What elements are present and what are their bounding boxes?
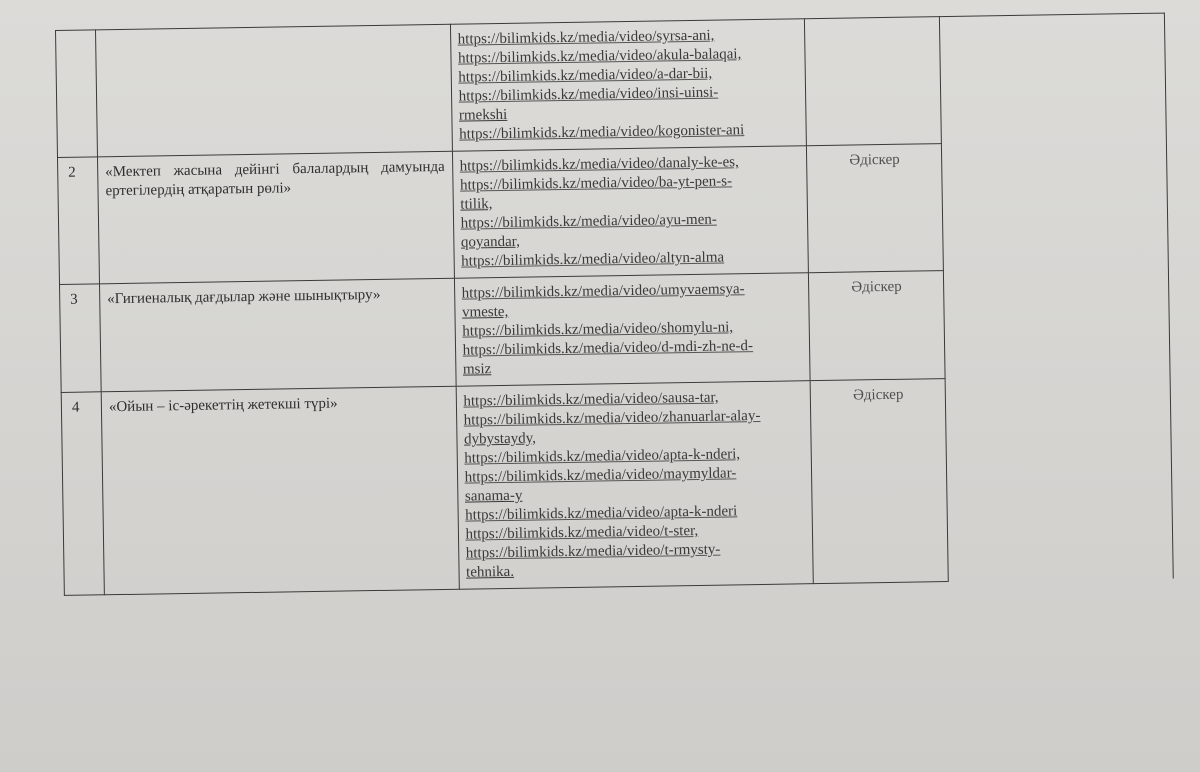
document-sheet: https://bilimkids.kz/media/video/syrsa-a… [55,13,1175,662]
responsible-cell: Әдіскер [811,379,949,584]
links-cell: https://bilimkids.kz/media/video/syrsa-a… [450,19,807,152]
paper-background: https://bilimkids.kz/media/video/syrsa-a… [0,0,1200,772]
row-number-cell: 2 [58,157,100,285]
row-number-cell [56,30,98,158]
links-cell: https://bilimkids.kz/media/video/umyvaem… [454,273,811,387]
row-number-cell: 4 [61,392,104,596]
topic-cell [95,24,452,157]
row-number-cell: 3 [59,284,101,393]
links-cell: https://bilimkids.kz/media/video/danaly-… [452,146,809,279]
responsible-cell: Әдіскер [807,144,944,273]
topic-cell: «Ойын – іс-әрекеттің жетекші түрі» [101,386,459,595]
links-cell: https://bilimkids.kz/media/video/sausa-t… [456,381,814,590]
responsible-cell [805,17,942,146]
video-link[interactable]: https://bilimkids.kz/media/video/kogonis… [459,120,799,144]
plan-table: https://bilimkids.kz/media/video/syrsa-a… [55,13,1174,596]
responsible-cell: Әдіскер [809,271,946,381]
blank-column-cell [940,13,1174,581]
topic-cell: «Гигиеналық дағдылар және шынықтыру» [99,278,455,392]
video-link[interactable]: https://bilimkids.kz/media/video/altyn-a… [461,247,801,271]
topic-cell: «Мектеп жасына дейінгі балалардың дамуын… [97,151,454,284]
table-row: https://bilimkids.kz/media/video/syrsa-a… [56,13,1167,157]
